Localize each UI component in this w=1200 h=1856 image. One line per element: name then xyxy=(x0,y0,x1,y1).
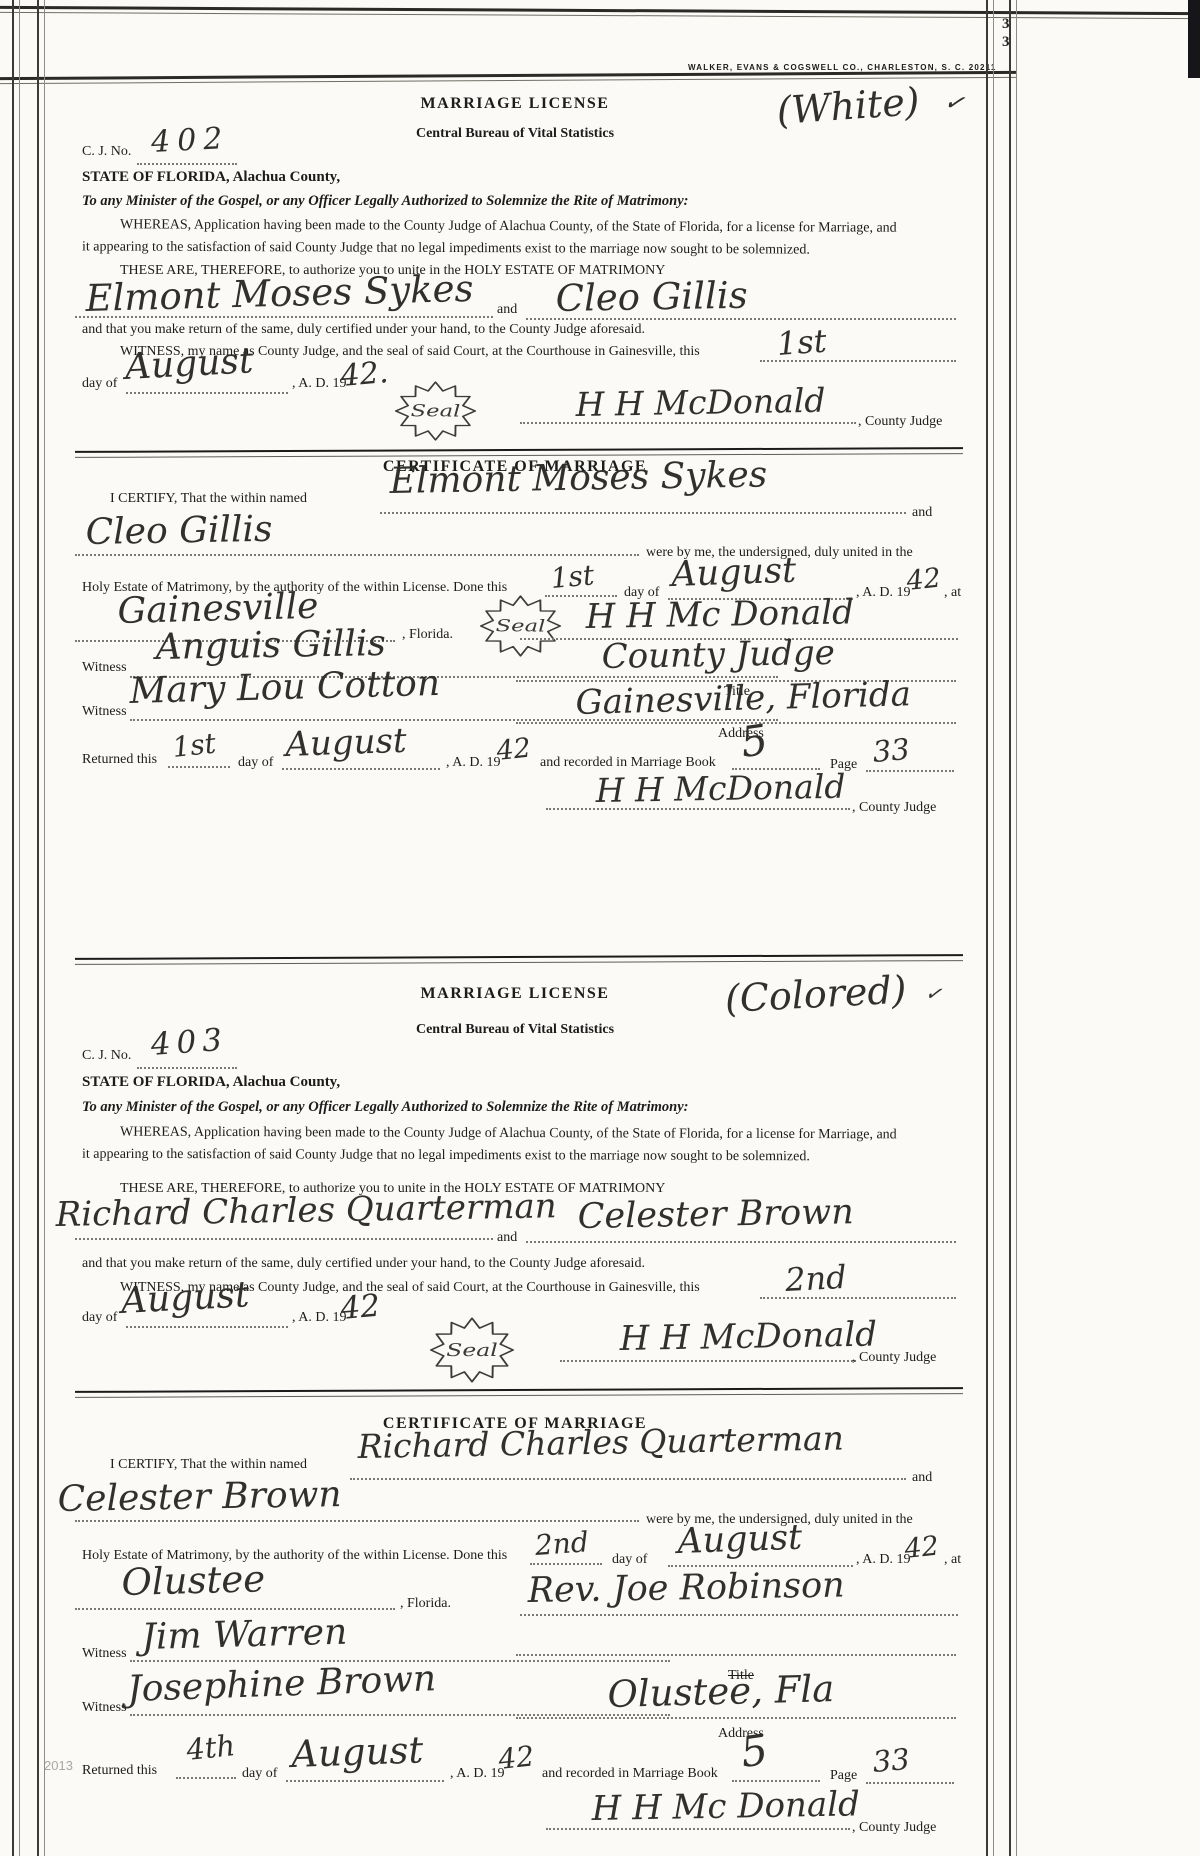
license1-bride-name: Cleo Gillis xyxy=(555,277,748,317)
certificate2-month-value: August xyxy=(677,1521,803,1560)
seal-icon: Seal xyxy=(428,1316,516,1384)
certificate1-witness2-name: Mary Lou Cotton xyxy=(129,666,440,710)
certificate1-judge-line xyxy=(546,808,850,810)
certificate2-florida-label: , Florida. xyxy=(400,1596,451,1613)
license1-cj-no-value: 402 xyxy=(150,124,230,158)
left-binding-rule-inner xyxy=(37,0,45,1856)
license1-groom-line xyxy=(75,316,493,318)
certificate1-day-value: 1st xyxy=(550,561,596,593)
edge-page-number: 3 xyxy=(1002,16,1010,33)
right-binding-rule-outer xyxy=(1009,0,1017,1856)
certificate2-returned-dayof-label: day of xyxy=(242,1766,277,1783)
license2-race-annotation: (Colored) xyxy=(724,971,907,1018)
certificate2-day-of-label: day of xyxy=(612,1552,647,1569)
certificate1-page-value: 33 xyxy=(871,735,910,767)
certificate2-witness2-name: Josephine Brown xyxy=(127,1661,437,1708)
certificate1-returned-day-line xyxy=(168,766,230,768)
certificate2-returned-month-line xyxy=(286,1780,444,1782)
certificate2-groom-line xyxy=(350,1478,906,1480)
certificate1-address-value: Gainesville, Florida xyxy=(575,677,911,720)
license1-bride-line xyxy=(526,318,956,320)
license2-month-value: August xyxy=(120,1277,250,1320)
certificate2-place-value: Olustee xyxy=(121,1560,266,1601)
certificate1-groom-name: Elmont Moses Sykes xyxy=(389,457,767,500)
certificate2-officiant-signature: Rev. Joe Robinson xyxy=(527,1568,845,1609)
certificate2-at-label: , at xyxy=(944,1552,961,1569)
license1-ad-label: , A. D. 19 xyxy=(292,376,346,393)
certificate2-day-value: 2nd xyxy=(534,1528,590,1560)
certificate1-title-value: County Judge xyxy=(601,636,835,674)
certificate2-witness1-name: Jim Warren xyxy=(141,1615,348,1656)
certificate1-month-value: August xyxy=(671,554,797,593)
scanned-marriage-register-page: WALKER, EVANS & COGSWELL CO., CHARLESTON… xyxy=(0,0,1200,1856)
license2-cj-no-value: 403 xyxy=(150,1025,229,1061)
certificate2-judge-signature: H H Mc Donald xyxy=(591,1787,860,1826)
scan-top-edge-line xyxy=(0,6,1200,19)
license2-return-line: and that you make return of the same, du… xyxy=(82,1256,645,1273)
license1-cj-no-line xyxy=(137,163,237,165)
certificate2-judge-title-label: , County Judge xyxy=(852,1820,936,1837)
certificate1-returned-year: 42 xyxy=(495,735,532,765)
license2-judge-title-label: , County Judge xyxy=(852,1350,936,1367)
certificate2-recorded-label: and recorded in Marriage Book xyxy=(542,1766,718,1783)
right-binding-rule-inner xyxy=(986,0,994,1856)
section-divider xyxy=(75,1387,963,1398)
certificate1-returned-label: Returned this xyxy=(82,752,157,769)
certificate1-bride-name: Cleo Gillis xyxy=(85,512,272,551)
certificate2-page-label: Page xyxy=(830,1768,857,1785)
certificate2-returned-ad-label: , A. D. 19 xyxy=(450,1766,504,1783)
scan-corner-bar xyxy=(1188,0,1200,78)
license1-state-line: STATE OF FLORIDA, Alachua County, xyxy=(82,168,340,186)
edge-page-number: 3 xyxy=(1002,34,1010,51)
printer-mark: WALKER, EVANS & COGSWELL CO., CHARLESTON… xyxy=(688,63,997,72)
seal-icon: Seal xyxy=(478,594,563,658)
license1-judge-signature: H H McDonald xyxy=(575,384,825,421)
seal-label: Seal xyxy=(496,616,546,636)
license2-day-of-label: day of xyxy=(82,1310,117,1327)
license1-judge-line xyxy=(520,422,856,424)
certificate1-bride-line xyxy=(75,554,639,556)
certificate1-groom-line xyxy=(380,512,906,514)
certificate2-groom-name: Richard Charles Quarterman xyxy=(357,1422,844,1463)
seal-label: Seal xyxy=(446,1340,497,1361)
license2-ad-label: , A. D. 19 xyxy=(292,1310,346,1327)
license1-month-line xyxy=(126,392,288,394)
license1-and-label: and xyxy=(497,302,517,319)
certificate1-witness1-name: Anguis Gillis xyxy=(155,626,386,666)
certificate2-and-label: and xyxy=(912,1470,932,1487)
certificate2-address-line xyxy=(516,1717,956,1719)
certificate1-ad-label: , A. D. 19 xyxy=(856,585,910,602)
license2-groom-line xyxy=(75,1238,493,1240)
certificate1-at-label: , at xyxy=(944,585,961,602)
certificate2-title-line xyxy=(516,1654,956,1656)
certificate2-page-value: 33 xyxy=(871,1745,910,1777)
certificate1-returned-ad-label: , A. D. 19 xyxy=(446,755,500,772)
certificate2-address-value: Olustee, Fla xyxy=(607,1670,835,1713)
license1-month-value: August xyxy=(124,343,254,386)
certificate2-page-line xyxy=(866,1782,954,1784)
license1-groom-name: Elmont Moses Sykes xyxy=(85,270,474,317)
certificate2-officiant-line xyxy=(520,1614,958,1616)
certificate2-year-value: 42 xyxy=(903,1533,940,1563)
certificate2-bride-line xyxy=(75,1520,639,1522)
license1-addressee-line: To any Minister of the Gospel, or any Of… xyxy=(82,193,688,210)
license2-groom-name: Richard Charles Quarterman xyxy=(55,1189,556,1232)
license2-judge-line xyxy=(560,1360,856,1362)
certificate2-returned-day: 4th xyxy=(185,1731,237,1765)
license1-whereas-line2: it appearing to the satisfaction of said… xyxy=(82,239,810,259)
license1-year-value: 42. xyxy=(339,358,389,392)
certificate1-address-line xyxy=(516,722,956,724)
license2-checkmark: ✓ xyxy=(924,982,943,1004)
certificate2-returned-year: 42 xyxy=(497,1742,535,1774)
certificate1-page-line xyxy=(866,770,954,772)
license2-whereas-line1: WHEREAS, Application having been made to… xyxy=(120,1125,897,1145)
license2-judge-signature: H H McDonald xyxy=(619,1318,877,1356)
license2-month-line xyxy=(126,1326,288,1328)
certificate2-book-line xyxy=(732,1780,820,1782)
certificate1-witness2-label: Witness xyxy=(82,704,127,721)
section-divider xyxy=(75,447,963,458)
left-binding-rule-outer xyxy=(12,0,20,1856)
certificate1-certify-label: I CERTIFY, That the within named xyxy=(110,491,307,508)
license1-day-line xyxy=(760,360,956,362)
license2-bride-line xyxy=(526,1241,956,1243)
certificate2-bride-name: Celester Brown xyxy=(57,1477,341,1518)
certificate1-returned-dayof-label: day of xyxy=(238,755,273,772)
scan-watermark: 2013 xyxy=(44,1758,73,1773)
license2-cj-no-line xyxy=(137,1067,237,1069)
license1-race-annotation: (White) xyxy=(775,82,920,130)
certificate2-certify-label: I CERTIFY, That the within named xyxy=(110,1457,307,1474)
license2-whereas-line2: it appearing to the satisfaction of said… xyxy=(82,1147,810,1166)
license1-return-line: and that you make return of the same, du… xyxy=(82,322,645,339)
license2-year-value: 42 xyxy=(339,1291,381,1325)
certificate2-witness2-label: Witness xyxy=(82,1700,127,1717)
certificate2-place-line xyxy=(75,1608,395,1610)
license2-and-label: and xyxy=(497,1230,517,1247)
license2-addressee-line: To any Minister of the Gospel, or any Of… xyxy=(82,1099,688,1116)
certificate1-book-value: 5 xyxy=(738,719,770,764)
license2-state-line: STATE OF FLORIDA, Alachua County, xyxy=(82,1073,340,1091)
certificate1-witness1-label: Witness xyxy=(82,660,127,677)
certificate2-book-value: 5 xyxy=(738,1729,770,1774)
license2-day-value: 2nd xyxy=(784,1261,847,1296)
certificate2-returned-label: Returned this xyxy=(82,1763,157,1780)
seal-label: Seal xyxy=(411,402,461,421)
certificate1-returned-day: 1st xyxy=(171,730,217,762)
license1-day-value: 1st xyxy=(776,325,828,360)
certificate1-year-value: 42 xyxy=(905,565,942,595)
certificate1-and-label: and xyxy=(912,505,932,522)
license2-bride-name: Celester Brown xyxy=(577,1195,854,1235)
certificate2-returned-day-line xyxy=(176,1777,236,1779)
certificate1-returned-month-line xyxy=(282,768,440,770)
license1-whereas-line1: WHEREAS, Application having been made to… xyxy=(120,217,897,237)
certificate1-returned-month: August xyxy=(285,724,407,762)
certificate2-returned-month: August xyxy=(291,1731,424,1773)
license2-day-line xyxy=(760,1297,956,1299)
license1-judge-title-label: , County Judge xyxy=(858,414,942,431)
certificate2-witness1-label: Witness xyxy=(82,1646,127,1663)
seal-icon: Seal xyxy=(393,380,478,442)
license1-cj-no-label: C. J. No. xyxy=(82,144,131,161)
certificate2-day-line xyxy=(530,1563,602,1565)
certificate2-witness2-line xyxy=(130,1714,670,1716)
certificate1-officiant-signature: H H Mc Donald xyxy=(585,595,854,634)
license1-day-of-label: day of xyxy=(82,376,117,393)
certificate1-judge-title-label: , County Judge xyxy=(852,800,936,817)
certificate1-florida-label: , Florida. xyxy=(402,627,453,644)
license2-cj-no-label: C. J. No. xyxy=(82,1048,131,1065)
section-divider xyxy=(75,954,963,965)
certificate1-judge-signature: H H McDonald xyxy=(595,770,845,807)
certificate2-ad-label: , A. D. 19 xyxy=(856,1552,910,1569)
